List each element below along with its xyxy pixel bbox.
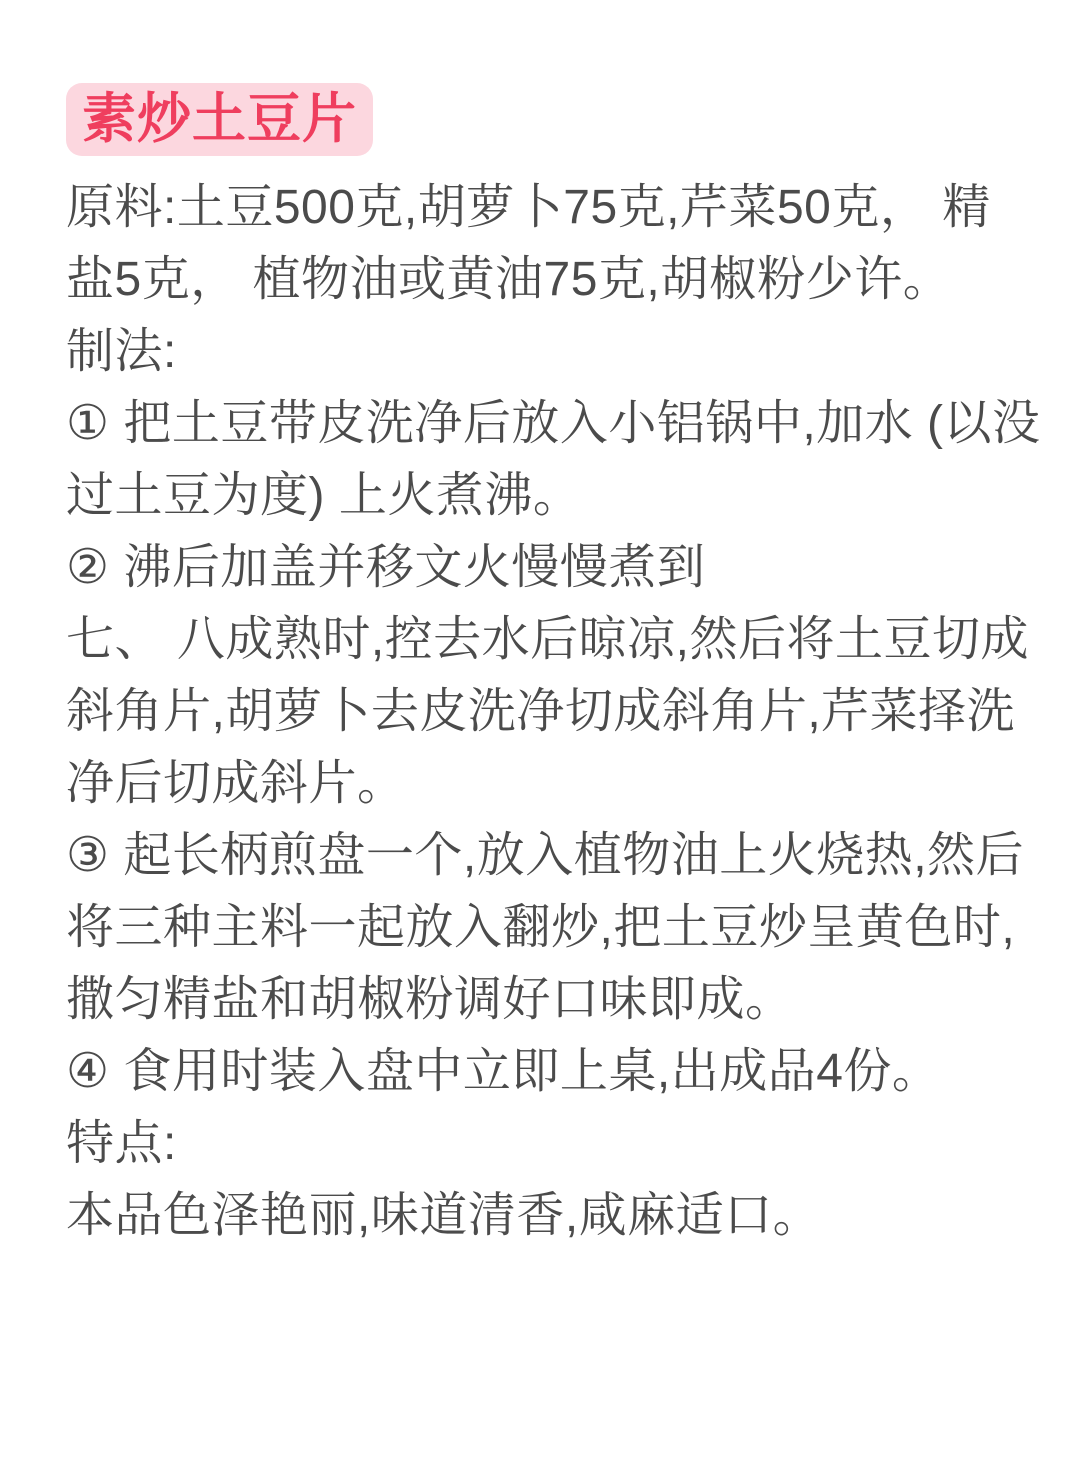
recipe-title: 素炒土豆片 <box>66 83 373 156</box>
step-1-line: 过土豆为度) 上火煮沸。 <box>66 460 1050 532</box>
step-2-line: ② 沸后加盖并移文火慢慢煮到 <box>66 532 1050 604</box>
method-label-line: 制法: <box>66 316 1050 388</box>
step-1-line: ① 把土豆带皮洗净后放入小铝锅中,加水 (以没 <box>66 388 1050 460</box>
recipe-body: 原料:土豆500克,胡萝卜75克,芹菜50克， 精盐5克， 植物油或黄油75克,… <box>0 172 1080 1252</box>
step-2-continued-line: 七、 八成熟时,控去水后晾凉,然后将土豆切成 <box>66 604 1050 676</box>
step-2-continued-line: 斜角片,胡萝卜去皮洗净切成斜角片,芹菜择洗 <box>66 676 1050 748</box>
step-4-line: ④ 食用时装入盘中立即上桌,出成品4份。 <box>66 1036 1050 1108</box>
step-3-line: 撒匀精盐和胡椒粉调好口味即成。 <box>66 964 1050 1036</box>
step-3-line: ③ 起长柄煎盘一个,放入植物油上火烧热,然后 <box>66 820 1050 892</box>
step-2-continued-line: 净后切成斜片。 <box>66 748 1050 820</box>
ingredients-line: 盐5克， 植物油或黄油75克,胡椒粉少许。 <box>66 244 1050 316</box>
features-label-line: 特点: <box>66 1108 1050 1180</box>
features-line: 本品色泽艳丽,味道清香,咸麻适口。 <box>66 1180 1050 1252</box>
title-row: 素炒土豆片 <box>0 0 1080 156</box>
ingredients-line: 原料:土豆500克,胡萝卜75克,芹菜50克， 精 <box>66 172 1050 244</box>
recipe-page: 素炒土豆片 原料:土豆500克,胡萝卜75克,芹菜50克， 精盐5克， 植物油或… <box>0 0 1080 1457</box>
step-3-line: 将三种主料一起放入翻炒,把土豆炒呈黄色时, <box>66 892 1050 964</box>
